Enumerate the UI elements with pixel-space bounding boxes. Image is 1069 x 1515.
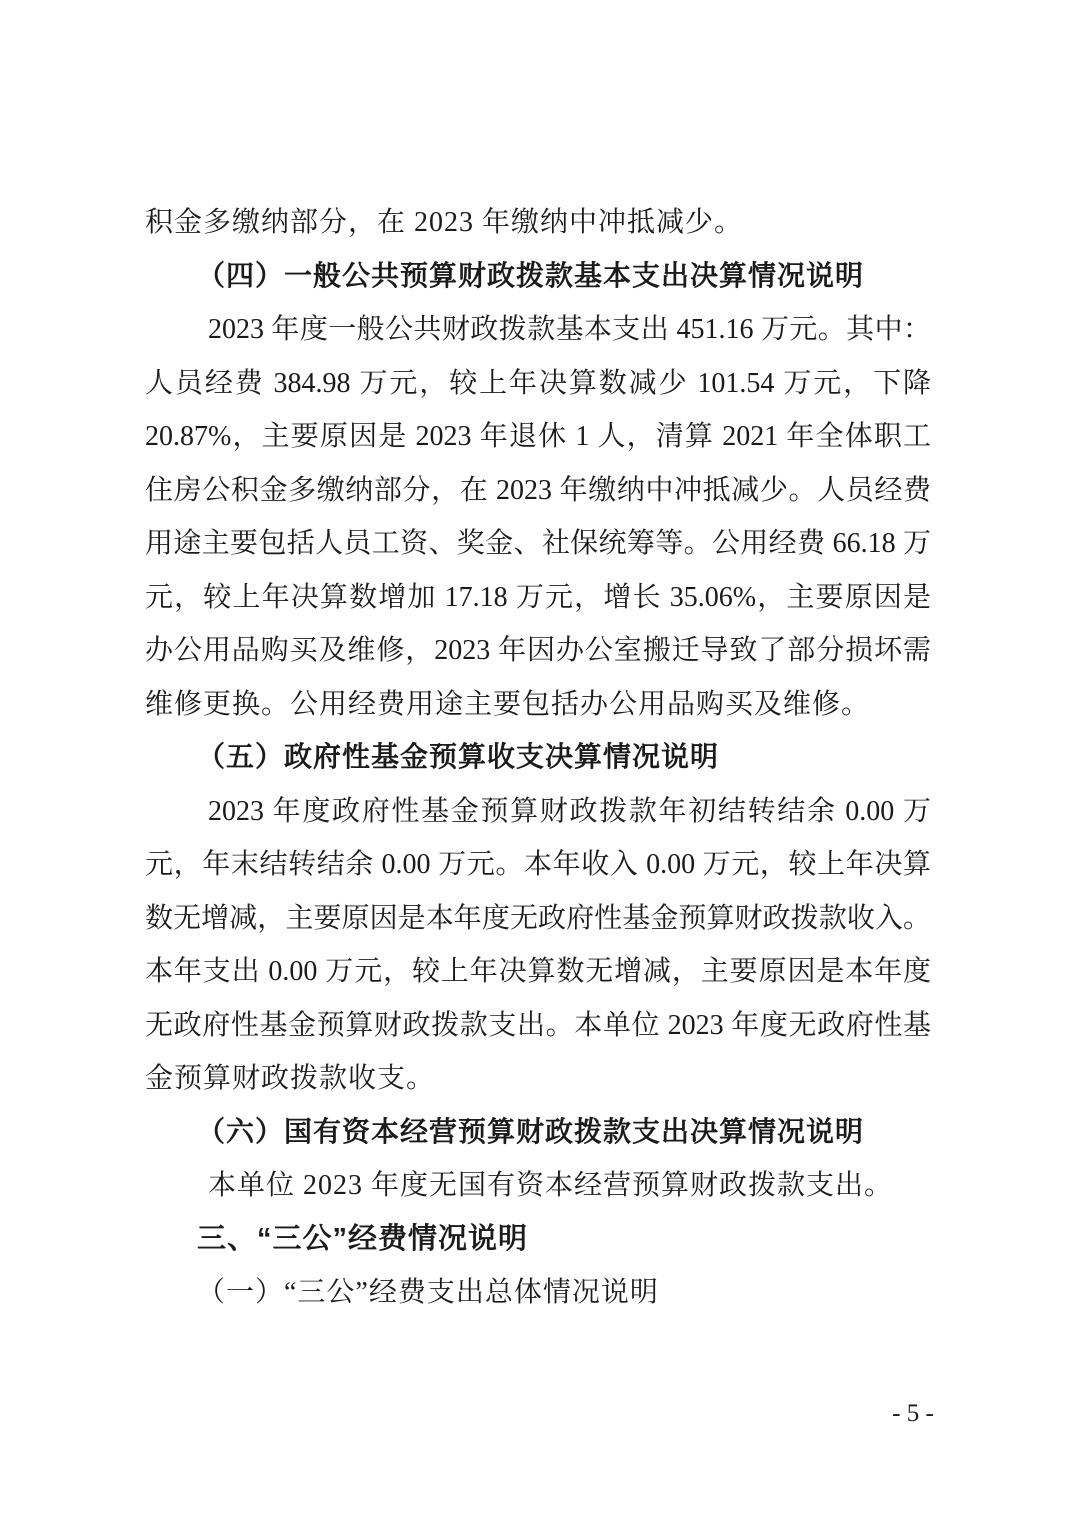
body-text-line: 元，较上年决算数增加 17.18 万元，增长 35.06%，主要原因是 (145, 571, 931, 625)
body-text-line: 用途主要包括人员工资、奖金、社保统筹等。公用经费 66.18 万 (145, 517, 931, 571)
body-text-line: 2023 年度政府性基金预算财政拨款年初结转结余 0.00 万 (145, 785, 931, 839)
document-body: 积金多缴纳部分，在 2023 年缴纳中冲抵减少。 （四）一般公共预算财政拨款基本… (145, 196, 931, 1320)
section-heading-6: （六）国有资本经营预算财政拨款支出决算情况说明 (145, 1106, 931, 1160)
body-text-line: 住房公积金多缴纳部分，在 2023 年缴纳中冲抵减少。人员经费 (145, 464, 931, 518)
body-text-line: 办公用品购买及维修，2023 年因办公室搬迁导致了部分损坏需 (145, 624, 931, 678)
section-heading-4: （四）一般公共预算财政拨款基本支出决算情况说明 (145, 250, 931, 304)
body-text-line: 维修更换。公用经费用途主要包括办公用品购买及维修。 (145, 678, 931, 732)
chapter-heading-three-public-funds: 三、“三公”经费情况说明 (145, 1213, 931, 1267)
body-text-line: 本单位 2023 年度无国有资本经营预算财政拨款支出。 (145, 1159, 931, 1213)
document-page: 积金多缴纳部分，在 2023 年缴纳中冲抵减少。 （四）一般公共预算财政拨款基本… (0, 0, 1069, 1515)
section-heading-5: （五）政府性基金预算收支决算情况说明 (145, 731, 931, 785)
subsection-heading-overall-situation: （一）“三公”经费支出总体情况说明 (145, 1266, 931, 1320)
body-text-line: 20.87%，主要原因是 2023 年退休 1 人，清算 2021 年全体职工 (145, 410, 931, 464)
body-text-line: 本年支出 0.00 万元，较上年决算数无增减，主要原因是本年度 (145, 945, 931, 999)
body-text-line: 金预算财政拨款收支。 (145, 1052, 931, 1106)
body-text-line: 无政府性基金预算财政拨款支出。本单位 2023 年度无政府性基 (145, 999, 931, 1053)
body-text-line: 人员经费 384.98 万元，较上年决算数减少 101.54 万元，下降 (145, 357, 931, 411)
body-text-line: 数无增减，主要原因是本年度无政府性基金预算财政拨款收入。 (145, 892, 931, 946)
page-number: - 5 - (863, 1398, 963, 1430)
body-text-line: 元，年末结转结余 0.00 万元。本年收入 0.00 万元，较上年决算 (145, 838, 931, 892)
body-text-line: 2023 年度一般公共财政拨款基本支出 451.16 万元。其中： (145, 303, 931, 357)
body-text-line: 积金多缴纳部分，在 2023 年缴纳中冲抵减少。 (145, 196, 931, 250)
